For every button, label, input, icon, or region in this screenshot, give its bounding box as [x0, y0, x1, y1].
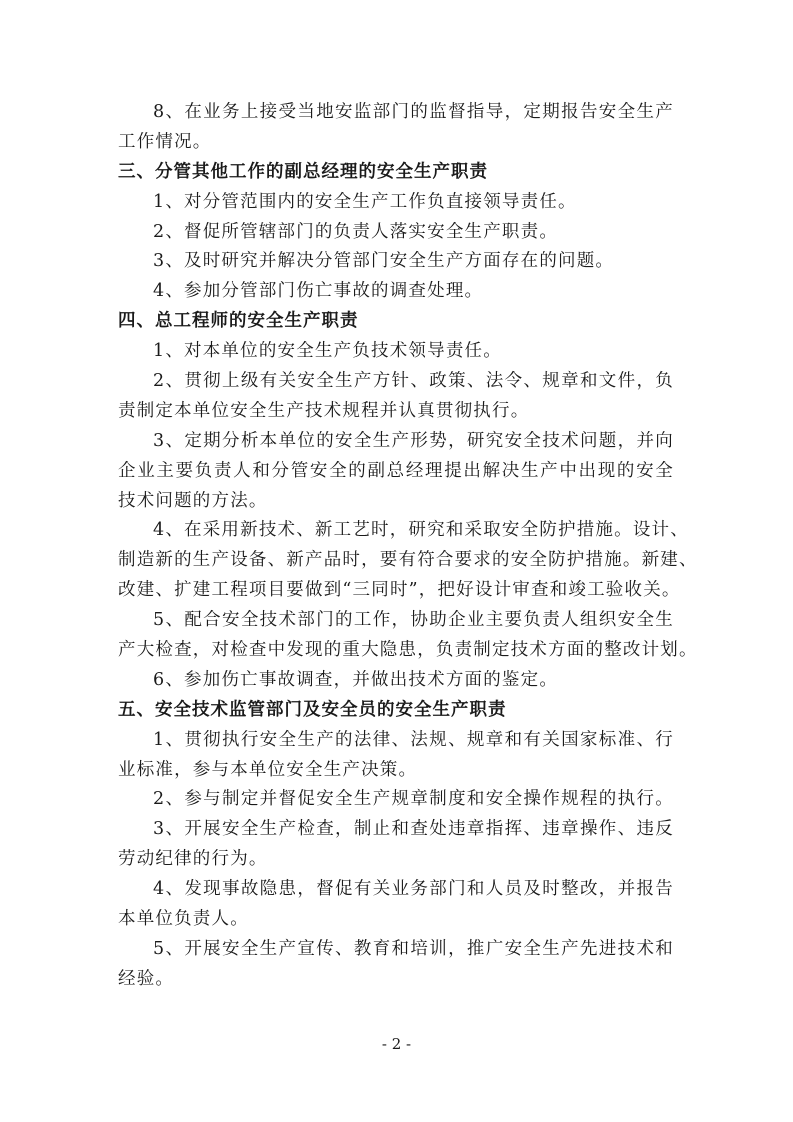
text-line: 工作情况。 — [118, 128, 674, 158]
text-line: 1、对分管范围内的安全生产工作负直接领导责任。 — [118, 188, 674, 218]
text-line: 6、参加伤亡事故调查，并做出技术方面的鉴定。 — [118, 666, 674, 696]
text-line: 技术问题的方法。 — [118, 487, 674, 517]
text-line: 5、开展安全生产宣传、教育和培训，推广安全生产先进技术和 — [118, 935, 674, 965]
section-heading-4: 四、总工程师的安全生产职责 — [118, 307, 674, 337]
text-line: 经验。 — [118, 965, 674, 995]
text-line: 2、参与制定并督促安全生产规章制度和安全操作规程的执行。 — [118, 785, 674, 815]
text-line: 产大检查，对检查中发现的重大隐患，负责制定技术方面的整改计划。 — [118, 636, 674, 666]
text-line: 4、发现事故隐患，督促有关业务部门和人员及时整改，并报告 — [118, 875, 674, 905]
text-line: 3、及时研究并解决分管部门安全生产方面存在的问题。 — [118, 247, 674, 277]
page-number: - 2 - — [0, 1035, 793, 1053]
text-line: 劳动纪律的行为。 — [118, 845, 674, 875]
document-page: 8、在业务上接受当地安监部门的监督指导，定期报告安全生产 工作情况。 三、分管其… — [118, 98, 674, 995]
text-line: 3、定期分析本单位的安全生产形势，研究安全技术问题，并向 — [118, 427, 674, 457]
text-line: 业标准，参与本单位安全生产决策。 — [118, 756, 674, 786]
text-line: 制造新的生产设备、新产品时，要有符合要求的安全防护措施。新建、 — [118, 546, 674, 576]
text-line: 1、贯彻执行安全生产的法律、法规、规章和有关国家标准、行 — [118, 726, 674, 756]
text-line: 企业主要负责人和分管安全的副总经理提出解决生产中出现的安全 — [118, 457, 674, 487]
text-line: 2、贯彻上级有关安全生产方针、政策、法令、规章和文件，负 — [118, 367, 674, 397]
text-line: 本单位负责人。 — [118, 905, 674, 935]
text-line: 2、督促所管辖部门的负责人落实安全生产职责。 — [118, 218, 674, 248]
text-line: 责制定本单位安全生产技术规程并认真贯彻执行。 — [118, 397, 674, 427]
text-line: 8、在业务上接受当地安监部门的监督指导，定期报告安全生产 — [118, 98, 674, 128]
text-line: 4、在采用新技术、新工艺时，研究和采取安全防护措施。设计、 — [118, 516, 674, 546]
text-line: 5、配合安全技术部门的工作，协助企业主要负责人组织安全生 — [118, 606, 674, 636]
text-line: 1、对本单位的安全生产负技术领导责任。 — [118, 337, 674, 367]
text-line: 3、开展安全生产检查，制止和查处违章指挥、违章操作、违反 — [118, 815, 674, 845]
text-line: 4、参加分管部门伤亡事故的调查处理。 — [118, 277, 674, 307]
section-heading-3: 三、分管其他工作的副总经理的安全生产职责 — [118, 158, 674, 188]
section-heading-5: 五、安全技术监管部门及安全员的安全生产职责 — [118, 696, 674, 726]
text-line: 改建、扩建工程项目要做到“三同时”，把好设计审查和竣工验收关。 — [118, 576, 674, 606]
